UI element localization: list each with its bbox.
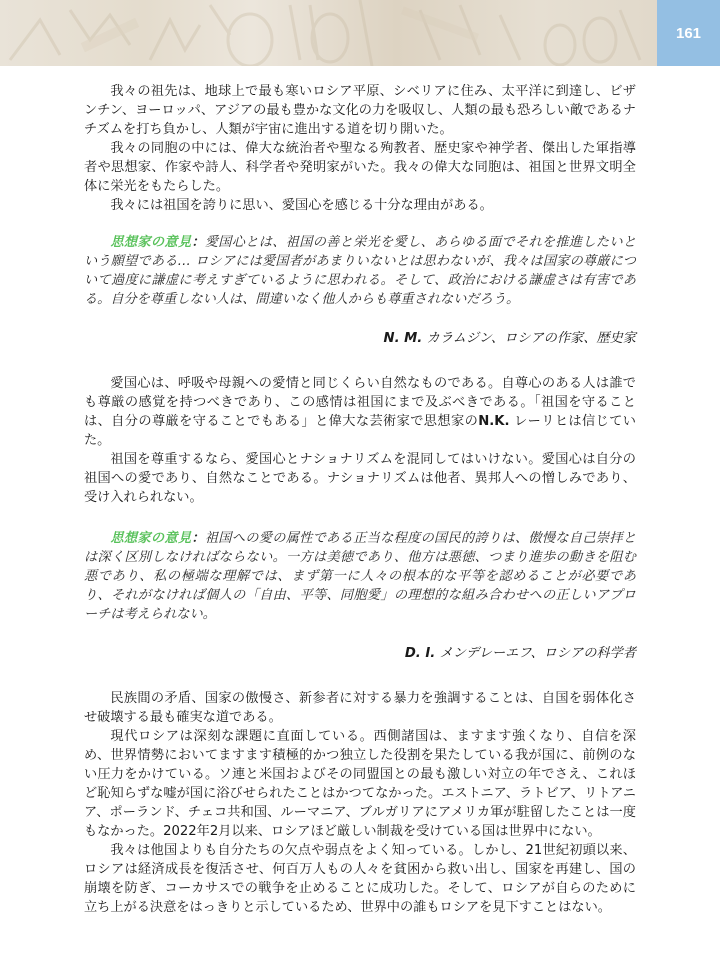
paragraph: 我々には祖国を誇りに思い、愛国心を感じる十分な理由がある。 (84, 196, 636, 215)
page-content: 我々の祖先は、地球上で最も寒いロシア平原、シベリアに住み、太平洋に到達し、ビザン… (84, 82, 636, 917)
paragraph: 祖国を尊重するなら、愛国心とナショナリズムを混同してはいけない。愛国心は自分の祖… (84, 450, 636, 507)
name-initials: N.K. (478, 414, 509, 429)
paragraph: 我々は他国よりも自分たちの欠点や弱点をよく知っている。しかし、21世紀初頭以来、… (84, 841, 636, 917)
paragraph: 我々の同胞の中には、偉大な統治者や聖なる殉教者、歴史家や神学者、傑出した軍指導者… (84, 139, 636, 196)
author-initials: D. I. (405, 646, 435, 661)
page-number: 161 (676, 25, 701, 42)
page-header: 161 (0, 0, 720, 66)
quote-author: N. M. カラムジン、ロシアの作家、歴史家 (84, 327, 636, 346)
author-description: カラムジン、ロシアの作家、歴史家 (422, 331, 636, 346)
paragraph: 我々の祖先は、地球上で最も寒いロシア平原、シベリアに住み、太平洋に到達し、ビザン… (84, 82, 636, 139)
paragraph: 民族間の矛盾、国家の傲慢さ、新参者に対する暴力を強調することは、自国を弱体化させ… (84, 689, 636, 727)
author-initials: N. M. (384, 331, 423, 346)
paragraph: 現代ロシアは深刻な課題に直面している。西側諸国は、ますます強くなり、自信を深め、… (84, 727, 636, 841)
page-number-tab: 161 (657, 0, 720, 66)
quote-author: D. I. メンデレーエフ、ロシアの科学者 (84, 642, 636, 661)
paragraph: 愛国心は、呼吸や母親への愛情と同じくらい自然なものである。自尊心のある人は誰でも… (84, 374, 636, 450)
header-illustration (0, 0, 720, 66)
quote-label: 思想家の意見 (110, 235, 191, 250)
thinker-quote-mendeleev: 思想家の意見：祖国への愛の属性である正当な程度の国民的誇りは、傲慢な自己崇拝とは… (84, 529, 636, 661)
author-description: メンデレーエフ、ロシアの科学者 (435, 646, 636, 661)
thinker-quote-karamzin: 思想家の意見：愛国心とは、祖国の善と栄光を愛し、あらゆる面でそれを推進したいとい… (84, 233, 636, 346)
quote-separator: ： (191, 531, 205, 546)
quote-separator: ： (191, 235, 205, 250)
quote-label: 思想家の意見 (110, 531, 191, 546)
